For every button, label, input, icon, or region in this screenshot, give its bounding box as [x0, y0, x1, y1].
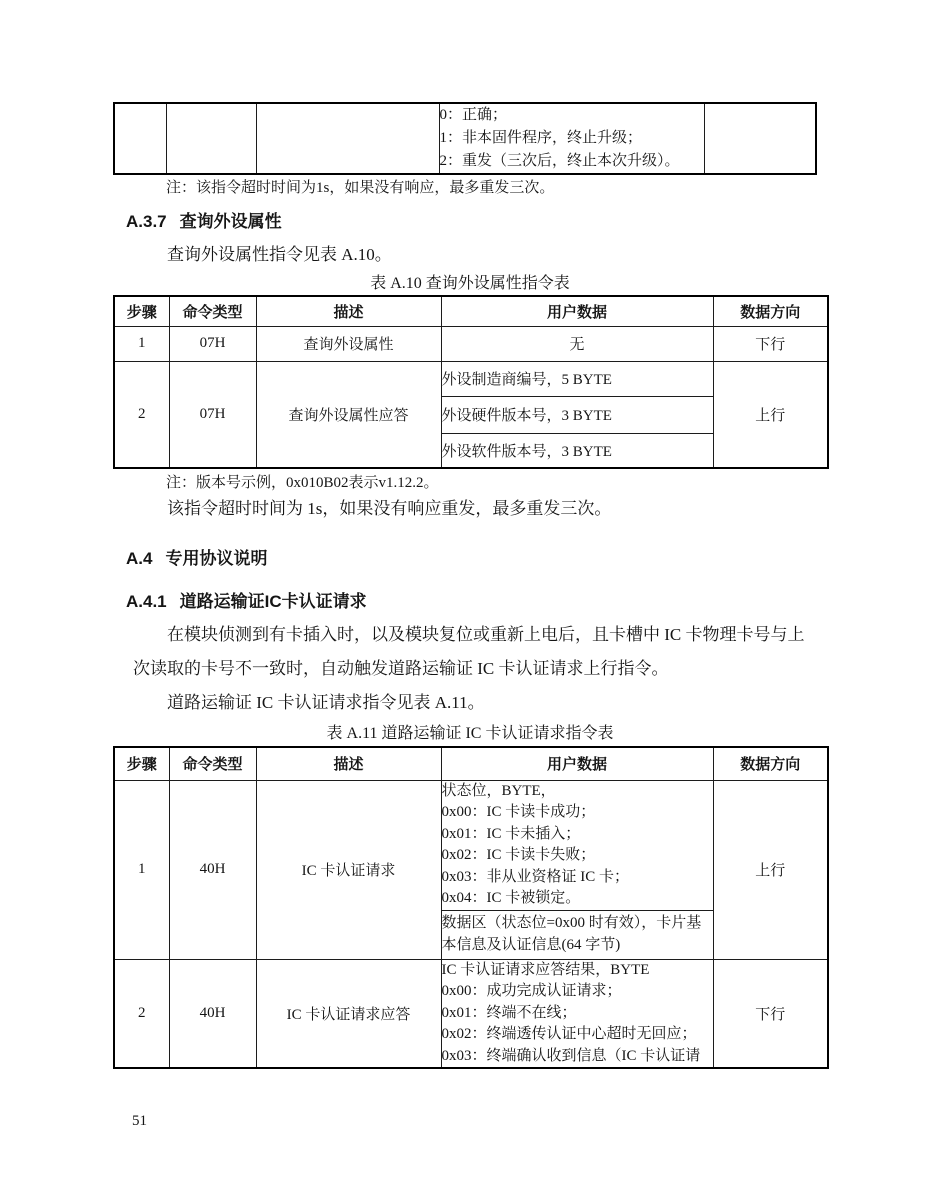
paragraph: 该指令超时时间为 1s，如果没有响应重发，最多重发三次。 [133, 492, 833, 526]
direction-cell: 上行 [713, 361, 828, 468]
table-a11-caption: 表 A.11 道路运输证 IC 卡认证请求指令表 [113, 720, 827, 743]
step-cell: 2 [114, 361, 169, 468]
user-data-line: 0x04：IC 卡被锁定。 [442, 888, 713, 910]
document-page: 0：正确； 1：非本固件程序，终止升级； 2：重发（三次后，终止本次升级）。 注… [0, 0, 940, 1200]
user-data-cell: 0：正确； 1：非本固件程序，终止升级； 2：重发（三次后，终止本次升级）。 [439, 103, 704, 174]
user-data-subcell: 外设软件版本号，3 BYTE [441, 433, 713, 468]
col-header-step: 步骤 [114, 747, 169, 780]
paragraph: 查询外设属性指令见表 A.10。 [133, 238, 833, 272]
user-data-subcell: 状态位，BYTE， 0x00：IC 卡读卡成功； 0x01：IC 卡未插入； 0… [441, 780, 713, 910]
col-header-userdata: 用户数据 [441, 747, 713, 780]
section-heading-a37: A.3.7查询外设属性 [126, 207, 282, 232]
desc-cell: 查询外设属性应答 [256, 361, 441, 468]
table-note: 注：该指令超时时间为1s，如果没有响应，最多重发三次。 [166, 176, 554, 197]
desc-cell-empty [256, 103, 439, 174]
section-heading-a4: A.4专用协议说明 [126, 544, 267, 569]
paragraph-line: 次读取的卡号不一致时，自动触发道路运输证 IC 卡认证请求上行指令。 [133, 652, 833, 686]
user-data-line: 0x01：终端不在线； [442, 1003, 713, 1025]
table-row: 0：正确； 1：非本固件程序，终止升级； 2：重发（三次后，终止本次升级）。 [114, 103, 816, 174]
page-number: 51 [132, 1113, 147, 1130]
section-title: 道路运输证IC卡认证请求 [180, 592, 367, 611]
section-title: 查询外设属性 [180, 212, 282, 231]
table-row: 1 07H 查询外设属性 无 下行 [114, 326, 828, 361]
user-data-subcell: 数据区（状态位=0x00 时有效），卡片基 本信息及认证信息(64 字节) [441, 910, 713, 959]
user-data-line: 本信息及认证信息(64 字节) [442, 935, 713, 957]
table-header-row: 步骤 命令类型 描述 用户数据 数据方向 [114, 296, 828, 326]
user-data-cell: 无 [441, 326, 713, 361]
paragraph-line: 道路运输证 IC 卡认证请求指令见表 A.11。 [133, 686, 833, 720]
user-data-line: 0：正确； [440, 104, 704, 127]
col-header-step: 步骤 [114, 296, 169, 326]
col-header-cmd: 命令类型 [169, 296, 256, 326]
cmd-cell: 07H [169, 361, 256, 468]
direction-cell-empty [704, 103, 816, 174]
direction-cell: 上行 [713, 780, 828, 959]
cmd-cell-empty [166, 103, 256, 174]
cmd-cell: 40H [169, 780, 256, 959]
step-cell: 2 [114, 959, 169, 1068]
section-number: A.4.1 [126, 592, 167, 611]
user-data-line: 0x01：IC 卡未插入； [442, 824, 713, 846]
cmd-cell: 40H [169, 959, 256, 1068]
table-a10-caption: 表 A.10 查询外设属性指令表 [113, 270, 827, 293]
user-data-subcell: 外设制造商编号，5 BYTE [441, 361, 713, 396]
user-data-line: 1：非本固件程序，终止升级； [440, 127, 704, 150]
user-data-line: 0x02：IC 卡读卡失败； [442, 845, 713, 867]
cmd-cell: 07H [169, 326, 256, 361]
table-note: 注：版本号示例，0x010B02表示v1.12.2。 [166, 471, 439, 492]
section-heading-a41: A.4.1道路运输证IC卡认证请求 [126, 587, 367, 612]
user-data-subcell: 外设硬件版本号，3 BYTE [441, 396, 713, 433]
user-data-cell: IC 卡认证请求应答结果，BYTE 0x00：成功完成认证请求； 0x01：终端… [441, 959, 713, 1068]
table-a10: 步骤 命令类型 描述 用户数据 数据方向 1 07H 查询外设属性 无 下行 2… [113, 295, 829, 469]
paragraph-line: 在模块侦测到有卡插入时，以及模块复位或重新上电后，且卡槽中 IC 卡物理卡号与上 [133, 618, 833, 652]
col-header-userdata: 用户数据 [441, 296, 713, 326]
user-data-line: 0x02：终端透传认证中心超时无回应； [442, 1024, 713, 1046]
col-header-desc: 描述 [256, 747, 441, 780]
paragraph-line: 该指令超时时间为 1s，如果没有响应重发，最多重发三次。 [133, 492, 833, 526]
desc-cell: 查询外设属性 [256, 326, 441, 361]
section-number: A.4 [126, 549, 152, 568]
step-cell-empty [114, 103, 166, 174]
user-data-line: 0x03：终端确认收到信息（IC 卡认证请 [442, 1046, 713, 1068]
step-cell: 1 [114, 780, 169, 959]
user-data-line: 0x03：非从业资格证 IC 卡； [442, 867, 713, 889]
paragraph-line: 查询外设属性指令见表 A.10。 [133, 238, 833, 272]
paragraph: 道路运输证 IC 卡认证请求指令见表 A.11。 [133, 686, 833, 720]
user-data-line: 2：重发（三次后，终止本次升级）。 [440, 150, 704, 173]
section-title: 专用协议说明 [165, 549, 267, 568]
step-cell: 1 [114, 326, 169, 361]
table-row: 1 40H IC 卡认证请求 状态位，BYTE， 0x00：IC 卡读卡成功； … [114, 780, 828, 910]
direction-cell: 下行 [713, 326, 828, 361]
paragraph: 在模块侦测到有卡插入时，以及模块复位或重新上电后，且卡槽中 IC 卡物理卡号与上… [133, 618, 833, 686]
desc-cell: IC 卡认证请求 [256, 780, 441, 959]
table-header-row: 步骤 命令类型 描述 用户数据 数据方向 [114, 747, 828, 780]
table-row: 2 40H IC 卡认证请求应答 IC 卡认证请求应答结果，BYTE 0x00：… [114, 959, 828, 1068]
col-header-desc: 描述 [256, 296, 441, 326]
table-fragment: 0：正确； 1：非本固件程序，终止升级； 2：重发（三次后，终止本次升级）。 [113, 102, 817, 175]
col-header-direction: 数据方向 [713, 296, 828, 326]
user-data-line: 0x00：IC 卡读卡成功； [442, 802, 713, 824]
user-data-line: 0x00：成功完成认证请求； [442, 981, 713, 1003]
col-header-cmd: 命令类型 [169, 747, 256, 780]
user-data-line: 状态位，BYTE， [442, 781, 713, 803]
table-row: 2 07H 查询外设属性应答 外设制造商编号，5 BYTE 上行 [114, 361, 828, 396]
col-header-direction: 数据方向 [713, 747, 828, 780]
user-data-line: 数据区（状态位=0x00 时有效），卡片基 [442, 913, 713, 935]
section-number: A.3.7 [126, 212, 167, 231]
direction-cell: 下行 [713, 959, 828, 1068]
desc-cell: IC 卡认证请求应答 [256, 959, 441, 1068]
user-data-line: IC 卡认证请求应答结果，BYTE [442, 960, 713, 982]
table-a11: 步骤 命令类型 描述 用户数据 数据方向 1 40H IC 卡认证请求 状态位，… [113, 746, 829, 1069]
